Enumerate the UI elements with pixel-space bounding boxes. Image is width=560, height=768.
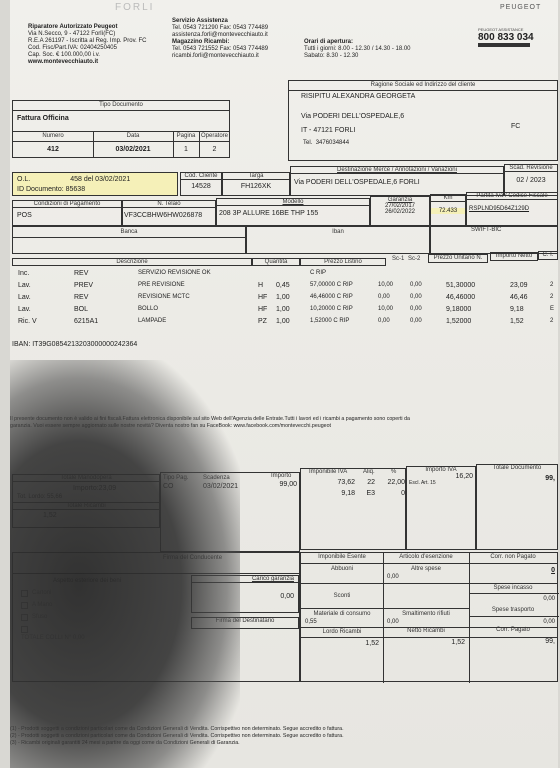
col-ci-label: C. I. (539, 252, 557, 258)
document-total-label: Totale Documento (477, 465, 557, 471)
shipping-option[interactable] (21, 623, 186, 635)
labour-gross: Tot. Lordo: 55,66 (13, 492, 159, 502)
km-label: Km (431, 195, 465, 202)
notes-line: garanzia. Vuoi essere sempre aggiornato … (10, 423, 558, 430)
data-label: Data (93, 133, 173, 139)
payment-box: Condizioni di Pagamento POS (12, 200, 122, 226)
client-phone: 3476034844 (316, 140, 349, 146)
col-unit-price: Prezzo Unitario N. (428, 254, 488, 263)
consumables-value: 0,55 (305, 619, 317, 625)
legal-line: (3) - Ricambi originali garantiti 24 mes… (10, 740, 558, 747)
vat-perc: 22,00 (381, 479, 405, 486)
percent-label: % (391, 469, 396, 475)
line-item-qta: 1,00 (276, 318, 290, 325)
line-item-sc1: 10,00 (378, 282, 393, 288)
labour-amount: Importo:23,09 (13, 482, 159, 492)
line-item-um: HF (258, 306, 267, 313)
other-costs-label: Altre spese (383, 566, 469, 572)
vat-aliq: E3 (361, 490, 375, 497)
line-item-sc1: 0,00 (378, 294, 390, 300)
checkbox-icon[interactable] (21, 626, 28, 633)
net-parts-value: 1,52 (383, 639, 465, 646)
dealer-website[interactable]: www.montevecchiauto.it (28, 59, 147, 66)
document-type-box: Tipo Documento Fattura Officina Numero D… (12, 100, 230, 158)
ol-number: 458 (70, 176, 82, 183)
charges-grid: Imponibile Esente Articolo d'esenzione C… (300, 552, 558, 682)
line-item-descr: SERVIZIO REVISIONE OK (138, 270, 211, 276)
col-description: Descrizione (12, 258, 252, 266)
line-item-ci: 2 (550, 318, 553, 324)
line-item-listino: 10,20000 C RIP (310, 306, 353, 312)
payment-type: CO (163, 483, 174, 490)
vin-number: VF3CCBHW6HW026878 (123, 208, 215, 223)
tel-label: Tel. (303, 140, 312, 146)
km-box: Km 72.433 (430, 194, 466, 226)
work-order-box: O.L.458 del 03/02/2021 ID Documento: 856… (12, 172, 178, 196)
paid-value: 99, (469, 638, 555, 645)
operatore-label: Operatore (199, 133, 230, 139)
line-item-importo: 9,18 (510, 306, 524, 313)
shipping-option-label: Cartoni (32, 590, 51, 596)
del-label: del (84, 176, 93, 183)
service-info: Servizio Assistenza Tel. 0543 721290 Fax… (172, 18, 268, 60)
document-total: 99, (477, 475, 557, 482)
waste-disposal-label: Smaltimento rifiuti (383, 611, 469, 617)
model-label: Modello (217, 199, 369, 206)
line-item-row: Inc.REVSERVIZIO REVISIONE OKC RIP (10, 270, 558, 281)
vat-imponibile: 9,18 (309, 490, 355, 497)
waste-disposal-value: 0,00 (387, 619, 399, 625)
col-net-amount: Importo Netto (490, 252, 538, 261)
line-item-descr: PRE REVISIONE (138, 282, 185, 288)
vin-label: N. Telaio (123, 201, 215, 208)
plate-box: Targa FH126XK (222, 172, 290, 196)
legal-notes: (1) - Prodotti soggetti a condizioni par… (10, 726, 558, 747)
ol-label: O.L. (17, 176, 30, 183)
tax-code-box: Partita Iva / Codice Fiscale RSPLND95D64… (466, 192, 558, 226)
total-packages: TOTALE COLLI N° 0,00 (21, 635, 186, 641)
consumables-label: Materiale di consumo (301, 611, 383, 617)
dealer-info: Riparatore Autorizzato Peugeot Via N.Sec… (28, 24, 147, 66)
client-header: Ragione Sociale ed Indirizzo del cliente (289, 81, 557, 91)
line-item-row: Lav.REVREVISIONE MCTCHF1,0046,46000 C RI… (10, 294, 558, 305)
client-city: IT - 47121 FORLI (301, 127, 355, 134)
line-item-cod: 6215A1 (74, 318, 98, 325)
dealer-line: Cod. Fisc/Part.IVA: 02404250405 (28, 45, 147, 52)
assistance-bar (478, 43, 530, 47)
line-item-descr: REVISIONE MCTC (138, 294, 190, 300)
line-item-cod: PREV (74, 282, 93, 289)
dealer-line: Cap. Soc. € 100.000,00 i.v. (28, 52, 147, 59)
total-packages-value: 0,00 (73, 635, 85, 641)
recipient-signature-box: Firma del Destinatario (191, 617, 299, 629)
pagina-label: Pagina (173, 133, 199, 139)
destination-label: Destinazione Merce / Annotazioni / Varia… (291, 167, 503, 174)
col-description-label: Descrizione (13, 259, 251, 265)
vat-amount: 16,20 (407, 473, 475, 480)
line-item-descr: BOLLO (138, 306, 158, 312)
line-item-ci: E (550, 306, 554, 312)
client-province: FC (511, 123, 520, 130)
line-item-importo: 23,09 (510, 282, 528, 289)
service-email[interactable]: assistenza.forli@montevecchiauto.it (172, 32, 268, 39)
goods-aspect-label: Aspetto esteriore dei beni (17, 578, 157, 584)
service-line: Tel. 0543 721290 Fax: 0543 774489 (172, 25, 268, 32)
client-code-box: Cod. Cliente 14528 (180, 172, 222, 196)
warranty-charge-box: Carico garanzia 0,00 (191, 575, 299, 613)
rate-label: Aliq. (363, 469, 375, 475)
vat-amount-box: Importo IVA 16,20 Escl. Art. 15 (406, 466, 476, 550)
gross-parts-label: Lordo Ricambi (301, 629, 383, 635)
collection-fees-value: 0,00 (469, 596, 555, 602)
plate-label: Targa (223, 173, 289, 180)
assistance-block: PEUGEOT ASSISTANCE 800 833 034 (478, 27, 534, 47)
plate-number: FH126XK (223, 183, 289, 190)
total-packages-label: TOTALE COLLI N° (21, 635, 71, 641)
line-item-um: H (258, 282, 263, 289)
allowances-label: Abbuoni (301, 566, 383, 572)
checkbox-icon[interactable] (21, 602, 28, 609)
line-item-listino: 57,00000 C RIP (310, 282, 353, 288)
revision-due-label: Scad. Revisione (505, 165, 557, 172)
shipping-option-label: Sfuso (32, 614, 47, 620)
revision-due-date: 02 / 2023 (505, 177, 557, 184)
line-item-row: Lav.BOLBOLLOHF1,0010,20000 C RIP10,000,0… (10, 306, 558, 317)
line-item-sc2: 0,00 (410, 318, 422, 324)
line-item-tipo: Ric. V (18, 318, 37, 325)
shipping-option[interactable]: A Mano (21, 599, 186, 611)
shipping-costs-value: 0,00 (469, 619, 555, 625)
collection-fees-label: Spese incasso (469, 585, 557, 591)
dealer-line: Via N.Secco, 9 - 47122 Forlì(FC) (28, 31, 147, 38)
notes: Il presente documento non è valido ai fi… (10, 416, 558, 430)
shipping-option[interactable]: Cartoni (21, 587, 186, 599)
line-item-sc2: 0,00 (410, 294, 422, 300)
warranty-charge-value: 0,00 (192, 583, 298, 610)
line-item-qta: 0,45 (276, 282, 290, 289)
line-item-sc1: 0,00 (378, 318, 390, 324)
vat-aliq: 22 (361, 479, 375, 486)
line-item-sc1: 10,00 (378, 306, 393, 312)
checkbox-icon[interactable] (21, 590, 28, 597)
line-item-row: Ric. V6215A1LAMPADEPZ1,001,52000 C RIP0,… (10, 318, 558, 329)
line-item-importo: 1,52 (510, 318, 524, 325)
hours-title: Orari di apertura: (304, 39, 411, 46)
line-item-ci: 2 (550, 282, 553, 288)
legal-line: (2) - Prodotti soggetti a condizioni par… (10, 733, 558, 740)
parts-total: 1,52 (13, 510, 159, 521)
line-item-tipo: Lav. (18, 294, 31, 301)
warranty-box: Garanzia 27/02/2017 26/02/2022 (370, 196, 430, 226)
net-parts-label: Netto Ricambi (383, 628, 469, 634)
line-item-um: HF (258, 294, 267, 301)
assistance-number: 800 833 034 (478, 32, 534, 43)
client-code-label: Cod. Cliente (181, 173, 221, 180)
labour-label: Totale Manodopera (13, 475, 159, 482)
col-unit-price-label: Prezzo Unitario N. (429, 255, 487, 261)
col-sc1: Sc-1 (392, 256, 404, 262)
discounts-label: Sconti (301, 593, 383, 599)
col-quantity: Quantità (252, 258, 300, 266)
tax-code-value: RSPLND95D64Z129D (467, 200, 557, 212)
gross-parts-value: 1,52 (301, 640, 379, 647)
line-item-listino: C RIP (310, 270, 326, 276)
line-item-cod: REV (74, 270, 88, 277)
opening-hours: Orari di apertura: Tutti i giorni: 8.00 … (304, 39, 411, 60)
payment-method: POS (13, 208, 121, 223)
payment-terms: Tipo Pag. CO Scadenza 03/02/2021 Importo… (160, 472, 300, 552)
brand-name: PEUGEOT (500, 4, 541, 11)
model-box: Modello 208 3P ALLURE 16BE THP 155 (216, 198, 370, 226)
checkbox-icon[interactable] (21, 614, 28, 621)
line-item-importo: 46,46 (510, 294, 528, 301)
line-item-row: Lav.PREVPRE REVISIONEH0,4557,00000 C RIP… (10, 282, 558, 293)
shipping-option[interactable]: Sfuso (21, 611, 186, 623)
swift-box: SWIFT-BIC (430, 226, 558, 254)
iban-text: IBAN: IT39G0854213203000000242364 (12, 341, 137, 348)
swift-label: SWIFT-BIC (431, 227, 557, 233)
vat-perc: 0 (381, 490, 405, 497)
vat-exclusion: Escl. Art. 15 (407, 480, 475, 486)
line-item-descr: LAMPADE (138, 318, 166, 324)
bank-box: Banca (12, 226, 246, 254)
ol-date: 03/02/2021 (95, 176, 130, 183)
invoice-page: FORLI PEUGEOT Riparatore Autorizzato Peu… (10, 0, 558, 768)
model-value: 208 3P ALLURE 16BE THP 155 (217, 206, 369, 221)
vat-imponibile: 73,62 (309, 479, 355, 486)
hours-line: Tutti i giorni: 8.00 - 12.30 / 14.30 - 1… (304, 46, 411, 53)
line-item-tipo: Lav. (18, 282, 31, 289)
line-item-qta: 1,00 (276, 294, 290, 301)
col-ci: C. I. (538, 251, 558, 260)
legal-line: (1) - Prodotti soggetti a condizioni par… (10, 726, 558, 733)
shipping-costs-label: Spese trasporto (469, 607, 557, 613)
paid-label: Corr. Pagato (469, 627, 557, 633)
line-item-listino: 1,52000 C RIP (310, 318, 349, 324)
document-type-header: Tipo Documento (13, 101, 229, 111)
warranty-end: 26/02/2022 (371, 209, 429, 215)
km-value: 72.433 (431, 208, 465, 214)
shipping-option-label: A Mano (32, 602, 52, 608)
col-quantity-label: Quantità (253, 259, 299, 265)
vin-box: N. Telaio VF3CCBHW6HW026878 (122, 200, 216, 226)
dealer-line: R.E.A 261197 - Iscritta al Reg. Imp. Pro… (28, 38, 147, 45)
bank-label: Banca (13, 227, 245, 238)
document-operator: 2 (199, 146, 230, 153)
line-item-unitario: 51,30000 (446, 282, 475, 289)
line-item-ci: 2 (550, 294, 553, 300)
line-item-tipo: Lav. (18, 306, 31, 313)
amount: 99,00 (279, 481, 297, 488)
numero-label: Numero (13, 133, 93, 139)
document-id: ID Documento: 85638 (17, 186, 85, 193)
line-item-tipo: Inc. (18, 270, 29, 277)
amount-label: Importo (271, 473, 291, 479)
client-name: RISIPITU ALEXANDRA GEORGETA (301, 93, 415, 100)
line-item-um: PZ (258, 318, 267, 325)
recipient-signature-label: Firma del Destinatario (192, 618, 298, 624)
service-title: Servizio Assistenza (172, 18, 268, 25)
client-address: Via PODERI DELL'OSPEDALE,6 (301, 113, 404, 120)
dealer-logo: FORLI (115, 2, 154, 13)
line-item-sc2: 0,00 (410, 306, 422, 312)
line-item-listino: 46,46000 C RIP (310, 294, 353, 300)
parts-email[interactable]: ricambi.forli@montevecchiauto.it (172, 53, 268, 60)
driver-signature-label: Firma del Conducente (163, 555, 222, 561)
line-item-cod: BOL (74, 306, 88, 313)
col-sc2: Sc-2 (408, 256, 420, 262)
document-page: 1 (173, 146, 199, 153)
document-type-value: Fattura Officina (13, 111, 229, 129)
due-date: 03/02/2021 (203, 483, 238, 490)
col-list-price-label: Prezzo Listino (301, 259, 385, 265)
tax-code-label: Partita Iva / Codice Fiscale (467, 193, 557, 200)
unpaid-label: Corr. non Pagato (469, 554, 557, 560)
parts-line: Tel. 0543 721552 Fax: 0543 774489 (172, 46, 268, 53)
document-date: 03/02/2021 (93, 146, 173, 153)
line-item-unitario: 46,46000 (446, 294, 475, 301)
unpaid-value: 0 (469, 567, 555, 574)
taxable-label: Imponibile IVA (309, 469, 347, 475)
dealer-title: Riparatore Autorizzato Peugeot (28, 24, 147, 31)
iban-label: Iban (247, 227, 429, 237)
payment-label: Condizioni di Pagamento (13, 201, 121, 208)
line-item-sc2: 0,00 (410, 282, 422, 288)
col-net-amount-label: Importo Netto (491, 253, 537, 259)
line-item-qta: 1,00 (276, 306, 290, 313)
line-item-cod: REV (74, 294, 88, 301)
due-date-label: Scadenza (203, 475, 230, 481)
parts-total-label: Totale Ricambi (13, 502, 159, 510)
hours-line: Sabato: 8.30 - 12.30 (304, 53, 411, 60)
client-code: 14528 (181, 183, 221, 190)
warranty-charge-label: Carico garanzia (192, 576, 298, 583)
document-total-box: Totale Documento 99, (476, 464, 558, 550)
line-item-unitario: 9,18000 (446, 306, 471, 313)
signature-area: Firma del Conducente Aspetto esteriore d… (12, 552, 300, 682)
notes-line: Il presente documento non è valido ai fi… (10, 416, 558, 423)
exemption-article-label: Articolo d'esenzione (383, 554, 469, 560)
client-box: Ragione Sociale ed Indirizzo del cliente… (288, 80, 558, 161)
line-item-unitario: 1,52000 (446, 318, 471, 325)
labour-totals: Totale Manodopera Importo:23,09 Tot. Lor… (12, 474, 160, 528)
other-costs-value: 0,00 (387, 574, 399, 580)
document-number: 412 (13, 146, 93, 153)
vat-breakdown: Imponibile IVA Aliq. % 73,622222,009,18E… (300, 468, 406, 550)
iban-box: Iban (246, 226, 430, 254)
destination-value: Via PODERI DELL'OSPEDALE,6 FORLI (291, 174, 503, 191)
exempt-taxable-label: Imponibile Esente (301, 554, 383, 560)
parts-title: Magazzino Ricambi: (172, 39, 268, 46)
col-list-price: Prezzo Listino (300, 258, 386, 266)
payment-type-label: Tipo Pag. (163, 475, 188, 481)
